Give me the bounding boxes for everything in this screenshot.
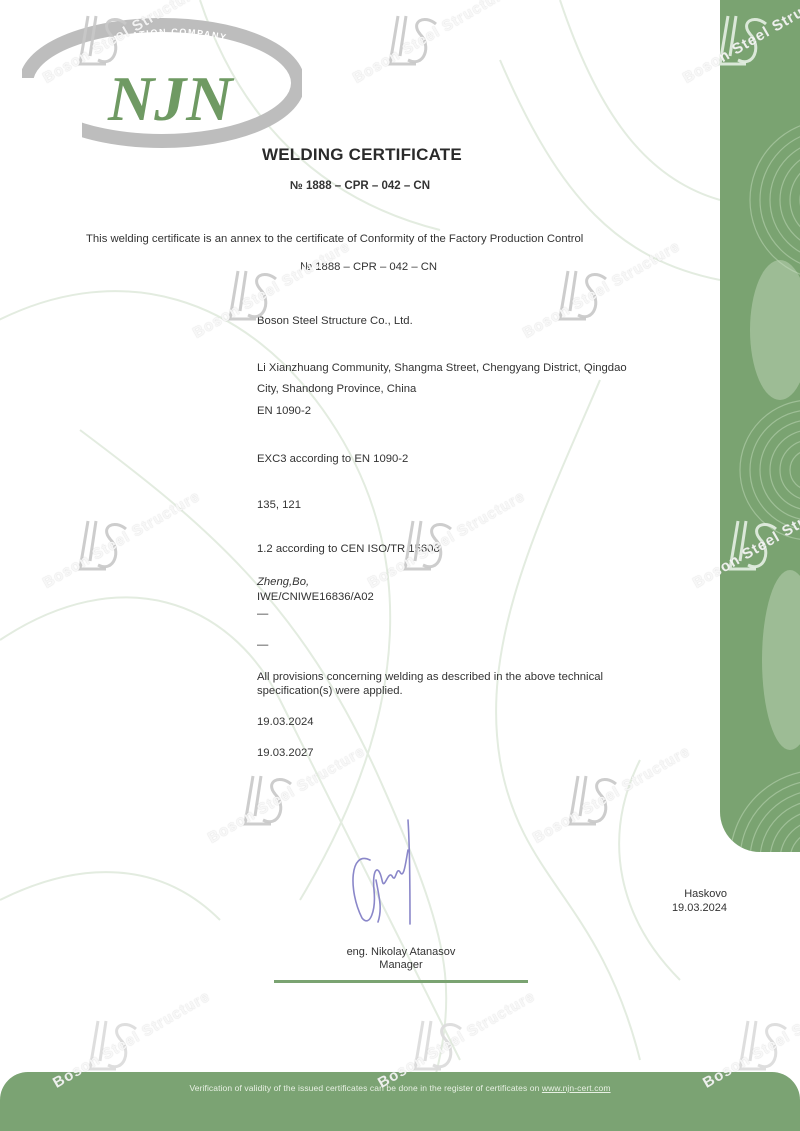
field-value: EXC3 according to EN 1090-2 (257, 451, 408, 468)
field-value: — (257, 606, 268, 623)
certificate-number: № 1888 – CPR – 042 – CN (290, 180, 430, 192)
field-value: 19.03.2024 (257, 714, 314, 731)
field-value-line2: IWE/CNIWE16836/A02 (257, 589, 374, 606)
certificate-body: WELDING CERTIFICATE № 1888 – CPR – 042 –… (0, 0, 800, 1131)
field-value: 1.2 according to CEN ISO/TR 15608 (257, 541, 440, 558)
field-value: Li Xianzhuang Community, Shangma Street,… (257, 360, 627, 377)
field-value: EN 1090-2 (257, 403, 311, 420)
field-value-line2: City, Shandong Province, China (257, 381, 416, 398)
issue-date: 19.03.2024 (672, 901, 727, 915)
signatory-block: eng. Nikolay Atanasov Manager (274, 946, 528, 972)
field-value: 19.03.2027 (257, 745, 314, 762)
field-value: Boson Steel Structure Co., Ltd. (257, 313, 413, 330)
signatory-role: Manager (274, 959, 528, 972)
issue-place: Haskovo (672, 887, 727, 901)
field-value: — (257, 637, 268, 654)
place-date-block: Haskovo 19.03.2024 (672, 887, 727, 915)
signature-image (340, 810, 430, 930)
annex-text: This welding certificate is an annex to … (86, 233, 583, 245)
field-value-line2: specification(s) were applied. (257, 683, 403, 700)
annex-number: № 1888 – CPR – 042 – CN (300, 261, 437, 273)
signature-divider (274, 980, 528, 983)
field-value: 135, 121 (257, 497, 301, 514)
signatory-name: eng. Nikolay Atanasov (274, 946, 528, 959)
page-title: WELDING CERTIFICATE (262, 145, 462, 165)
